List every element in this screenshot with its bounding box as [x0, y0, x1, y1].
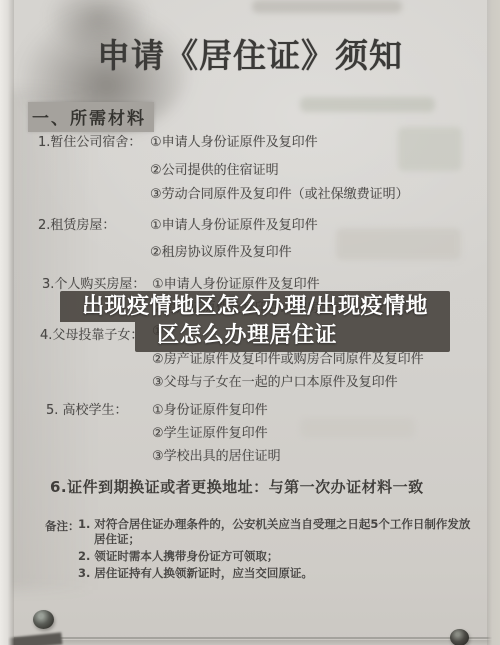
- remark-item: 3. 居住证持有人换领新证时，应当交回原证。: [78, 566, 476, 581]
- material-item: ③父母与子女在一起的户口本原件及复印件: [152, 371, 398, 390]
- bottom-frame-edge: [0, 640, 500, 645]
- material-item: ①身份证原件复印件: [152, 399, 268, 418]
- caption-overlay-line-2: 区怎么办理居住证: [135, 322, 450, 352]
- material-item: ②公司提供的住宿证明: [150, 159, 279, 178]
- screw-left: [33, 610, 54, 629]
- ink-bleed-smudge: [398, 127, 462, 171]
- remarks-list: 1. 对符合居住证办理条件的，公安机关应当自受理之日起5个工作日制作发放居住证；…: [78, 517, 476, 583]
- ink-bleed-smudge: [300, 97, 435, 112]
- material-item: ③劳动合同原件及复印件（或社保缴费证明）: [150, 183, 409, 202]
- material-item: ①申请人身份证原件及复印件: [150, 214, 318, 233]
- screw-right: [450, 629, 469, 645]
- material-item: ②租房协议原件及复印件: [150, 241, 292, 260]
- material-item: ①申请人身份证原件及复印件: [150, 131, 318, 150]
- material-5-label: 5. 高校学生：: [46, 399, 128, 418]
- remark-item: 1. 对符合居住证办理条件的，公安机关应当自受理之日起5个工作日制作发放居住证；: [78, 517, 476, 547]
- material-3-label: 3.个人购买房屋：: [42, 273, 145, 292]
- section-1-header: 一、所需材料: [28, 102, 154, 132]
- right-frame-edge: [487, 0, 500, 645]
- section-6-line: 6.证件到期换证或者更换地址：与第一次办证材料一致: [50, 476, 424, 497]
- remark-item: 2. 领证时需本人携带身份证方可领取；: [78, 549, 476, 564]
- material-1-label: 1.暂住公司宿舍：: [38, 131, 141, 150]
- holder-edge: [14, 637, 500, 639]
- material-item: ③学校出具的居住证明: [152, 445, 281, 464]
- notice-photo: 申请《居住证》须知 一、所需材料 1.暂住公司宿舍： ①申请人身份证原件及复印件…: [0, 0, 500, 645]
- ink-bleed-smudge: [300, 418, 415, 438]
- material-4-label: 4.父母投靠子女：: [40, 324, 143, 343]
- page-title: 申请《居住证》须知: [0, 30, 500, 77]
- ink-bleed-smudge: [252, 0, 402, 13]
- left-frame-edge: [0, 0, 14, 645]
- material-2-label: 2.租赁房屋：: [38, 214, 115, 233]
- material-item: ②学生证原件复印件: [152, 422, 268, 441]
- caption-overlay-line-1: 出现疫情地区怎么办理/出现疫情地: [60, 291, 450, 322]
- ink-bleed-smudge: [336, 228, 461, 260]
- remarks-label: 备注：: [45, 518, 80, 534]
- material-item: ①申请人身份证原件及复印件: [152, 273, 320, 292]
